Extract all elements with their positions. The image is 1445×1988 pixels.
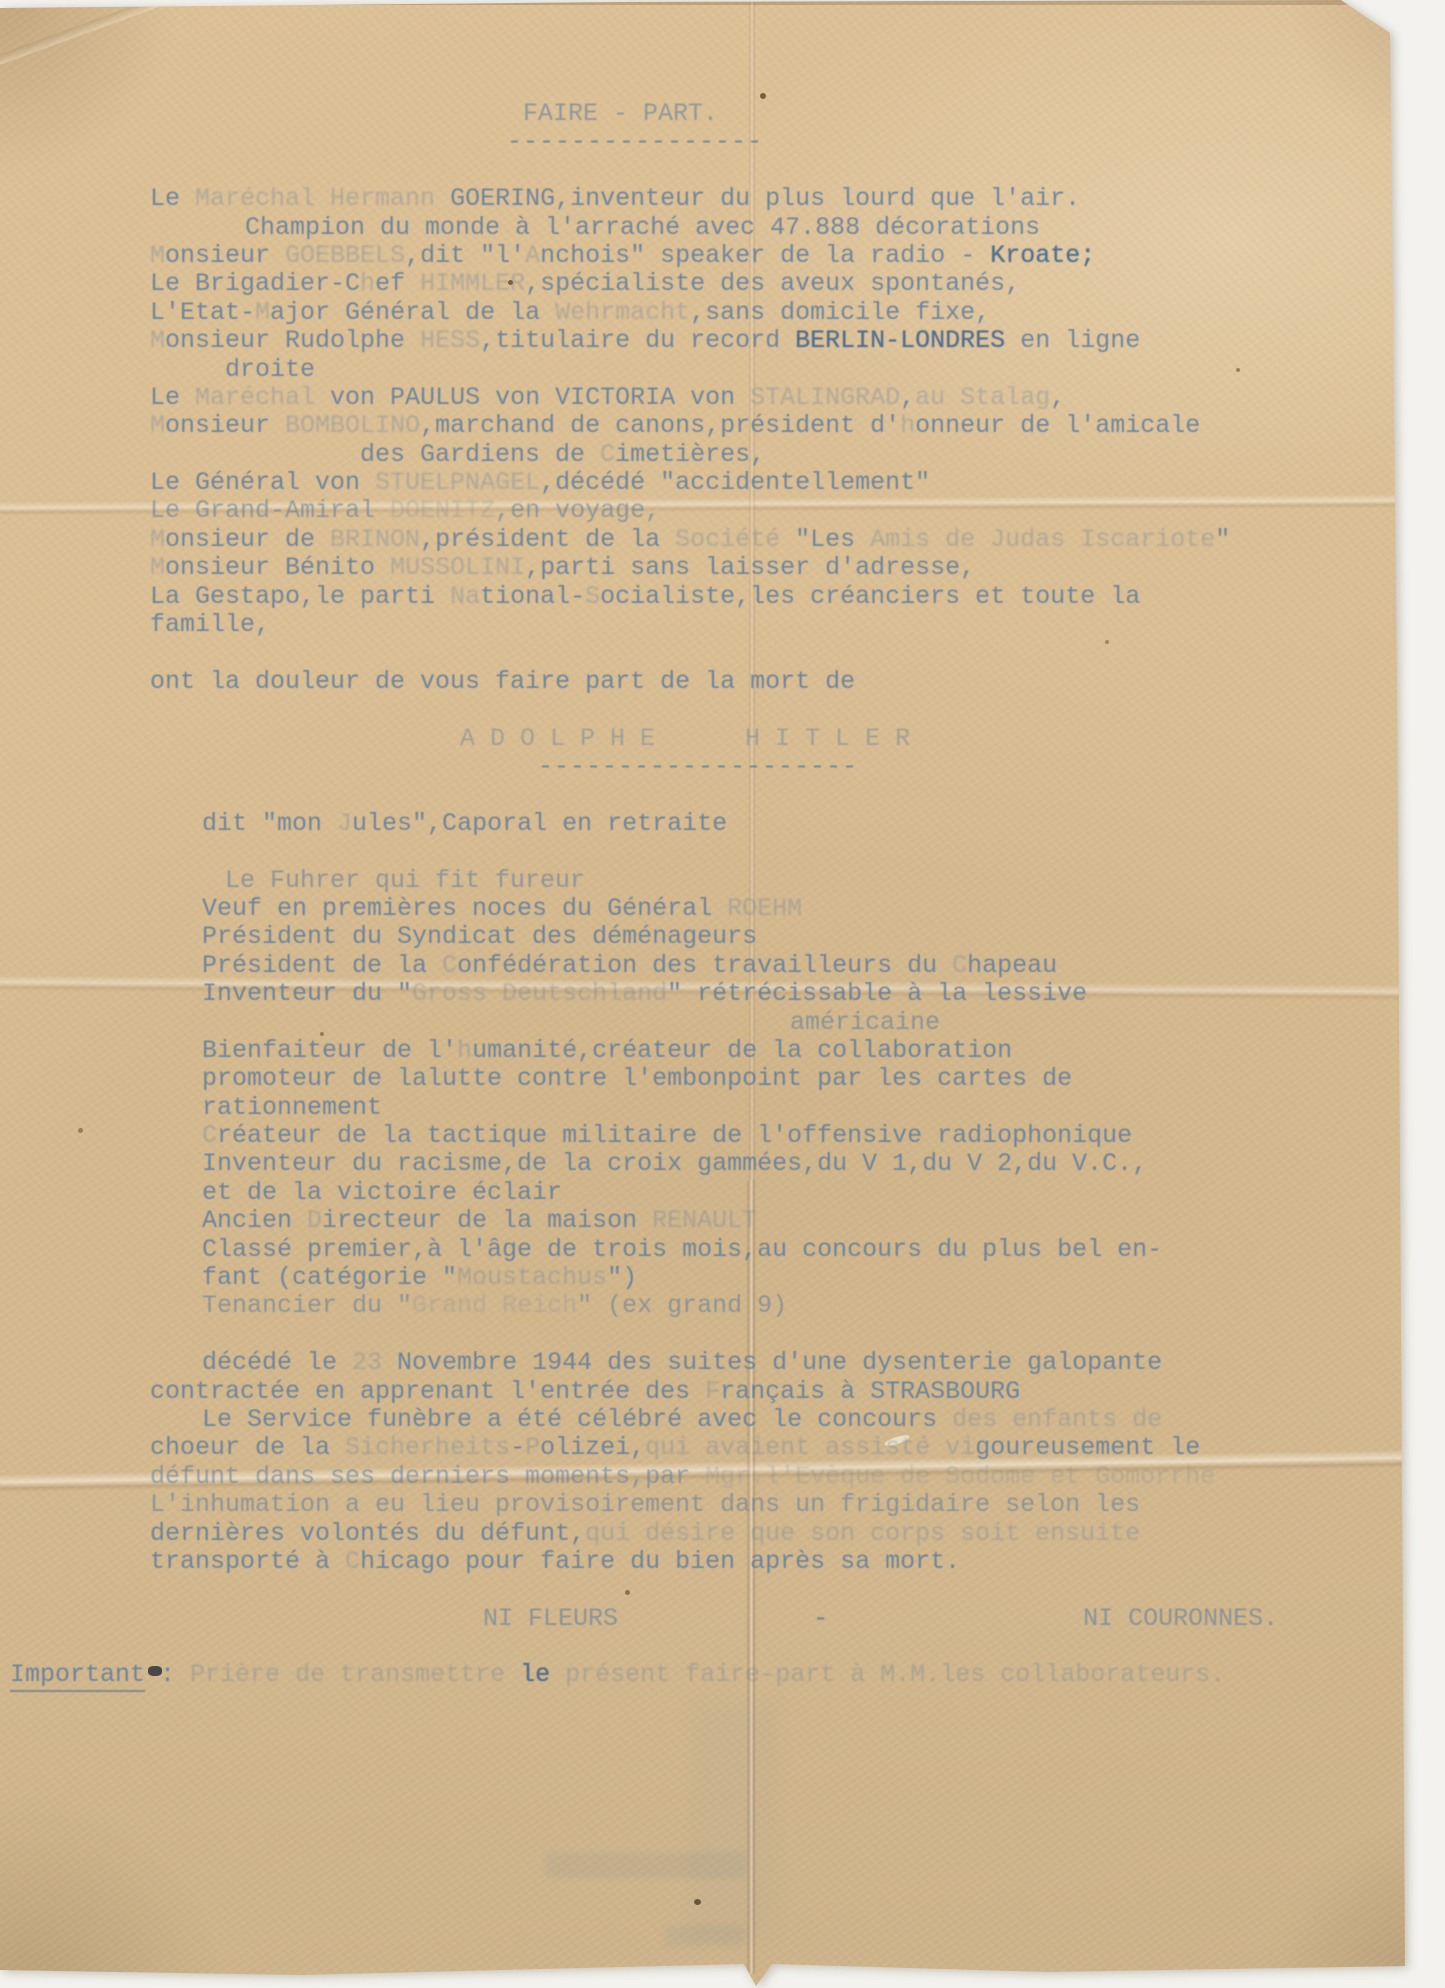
document-line: Créateur de la tactique militaire de l'o… — [202, 1122, 1445, 1150]
document-line: fant (catégorie "Moustachus") — [202, 1264, 1445, 1292]
fold-crease-corner — [0, 0, 224, 72]
document-line: Champion du monde à l'arraché avec 47.88… — [245, 214, 1445, 242]
document-line: Bienfaiteur de l'humanité,créateur de la… — [202, 1037, 1445, 1065]
faded-ink: h — [360, 269, 375, 298]
document-line: décédé le 23 Novembre 1944 des suites d'… — [202, 1349, 1445, 1377]
document-line: Veuf en premières noces du Général ROEHM — [202, 895, 1445, 923]
document-line: Inventeur du racisme,de la croix gammées… — [202, 1150, 1445, 1178]
paper-speck — [760, 93, 766, 99]
faded-ink: BRINON — [330, 525, 420, 554]
document-line: choeur de la Sicherheits-Polizei,qui ava… — [150, 1434, 1445, 1462]
faded-ink: h — [457, 1036, 472, 1065]
faded-ink: Sicherheits — [345, 1433, 510, 1462]
document-title: FAIRE - PART. — [523, 100, 1445, 128]
faded-ink: M — [150, 241, 165, 270]
paragraph-announcement: ont la douleur de vous faire part de la … — [0, 668, 1445, 696]
paper-speck — [694, 1899, 701, 1905]
faded-ink: Na — [450, 582, 480, 611]
document-line: dit "mon Jules",Caporal en retraite — [202, 810, 1445, 838]
document-line: Président du Syndicat des déménageurs — [202, 923, 1445, 951]
faded-ink: C — [345, 1547, 360, 1576]
faded-ink: D — [307, 1206, 322, 1235]
document-line: dernières volontés du défunt,qui désire … — [150, 1520, 1445, 1548]
document-line: famille, — [150, 611, 1445, 639]
faded-ink: RENAULT — [652, 1206, 757, 1235]
document-line: L'inhumation a eu lieu provisoirement da… — [150, 1491, 1445, 1519]
document-line: Le Fuhrer qui fit fureur — [225, 867, 1445, 895]
document-line: rationnement — [202, 1094, 1445, 1122]
faded-ink: présent faire-part à M.M.les collaborate… — [565, 1660, 1225, 1689]
faded-ink: Moustachus — [457, 1263, 607, 1292]
paper-sheet: FAIRE - PART. ---------------- Le Maréch… — [0, 0, 1445, 1988]
document-line: et de la victoire éclair — [202, 1179, 1445, 1207]
faded-ink: C — [600, 440, 615, 469]
faded-ink: GOEBBELS — [285, 241, 405, 270]
scanned-document-page: { "colors":{ "paper_tan":"#d9bd93", "ink… — [0, 0, 1445, 1988]
paragraph-participants: Le Maréchal Hermann GOERING,inventeur du… — [0, 185, 1445, 639]
document-line: Monsieur BOMBOLINO,marchand de canons,pr… — [150, 412, 1445, 440]
faded-ink: M — [150, 326, 165, 355]
document-line: Ancien Directeur de la maison RENAULT — [202, 1207, 1445, 1235]
document-line: Monsieur GOEBBELS,dit "l'Anchois" speake… — [150, 242, 1445, 270]
document-line: Le Maréchal Hermann GOERING,inventeur du… — [150, 185, 1445, 213]
ink-ghost-smudge — [545, 1852, 745, 1878]
document-line: droite — [225, 356, 1445, 384]
faded-ink: Maréchal Hermann — [195, 184, 435, 213]
document-line: -------------------- — [538, 753, 1445, 781]
document-line: Monsieur de BRINON,président de la Socié… — [150, 526, 1445, 554]
faded-ink: STUELPNAGEL — [375, 468, 540, 497]
ink-ghost-smudge — [690, 1700, 780, 1940]
document-line: Monsieur Bénito MUSSOLINI,parti sans lai… — [150, 554, 1445, 582]
faded-ink: h — [900, 411, 915, 440]
document-line: A D O L P H E H I T L E R — [460, 725, 1445, 753]
faded-ink: des enfants de — [952, 1405, 1162, 1434]
document-line: L'Etat-Major Général de la Wehrmacht,san… — [150, 299, 1445, 327]
faded-ink: J — [337, 809, 352, 838]
faded-ink: qui avaient assisté vi — [645, 1433, 975, 1462]
document-line: Le Service funèbre a été célébré avec le… — [202, 1406, 1445, 1434]
document-line: NI FLEURS - NI COURONNES. — [483, 1605, 1445, 1633]
faded-ink: M — [255, 298, 270, 327]
document-line: Classé premier,à l'âge de trois mois,au … — [202, 1236, 1445, 1264]
faded-ink: M — [150, 553, 165, 582]
faded-ink: C — [952, 951, 967, 980]
document-line: Inventeur du "Gross Deutschland" rétréci… — [202, 980, 1445, 1008]
document-line: Le Maréchal von PAULUS von VICTORIA von … — [150, 384, 1445, 412]
paragraph-titles-list: Le Fuhrer qui fit fureurVeuf en première… — [0, 867, 1445, 1321]
dark-ink: le — [520, 1660, 550, 1689]
faded-ink: C — [442, 951, 457, 980]
faded-ink: DOENITZ — [390, 496, 495, 525]
paper-shadow-wrap: FAIRE - PART. ---------------- Le Maréch… — [0, 0, 1445, 1988]
document-line: Tenancier du "Grand Reich" (ex grand 9) — [202, 1292, 1445, 1320]
document-line: Le Brigadier-Chef HIMMLER,spécialiste de… — [150, 270, 1445, 298]
title-underline: ---------------- — [507, 128, 1445, 156]
document-line: des Gardiens de Cimetières, — [360, 441, 1445, 469]
document-line: promoteur de lalutte contre l'embonpoint… — [202, 1065, 1445, 1093]
paragraph-alias: dit "mon Jules",Caporal en retraite — [0, 810, 1445, 838]
faded-ink: HESS — [420, 326, 480, 355]
faded-ink: MUSSOLINI — [390, 553, 525, 582]
faded-ink: BOMBOLINO — [285, 411, 420, 440]
faded-ink: ROEHM — [727, 894, 802, 923]
faded-ink: qui désire que son corps soit ensuite — [585, 1519, 1140, 1548]
faded-ink: P — [525, 1433, 540, 1462]
document-header: FAIRE - PART. ---------------- — [0, 100, 1445, 157]
faded-ink: Maréchal — [195, 383, 315, 412]
ink-ghost-smudge — [665, 1925, 745, 1947]
faded-ink: HIMMLER — [420, 269, 525, 298]
document-line: contractée en apprenant l'entrée des Fra… — [150, 1378, 1445, 1406]
dark-ink: - — [813, 1604, 828, 1633]
faded-ink: Amis de Judas Iscariote — [870, 525, 1215, 554]
faded-ink: S — [585, 582, 600, 611]
underlined-word: Important — [10, 1660, 145, 1692]
dark-ink: BERLIN-LONDRES — [795, 326, 1005, 355]
faded-ink: M — [150, 525, 165, 554]
faded-ink: Gross Deutschland — [412, 979, 667, 1008]
paragraph-footer-note: Important : Prière de transmettre le pré… — [0, 1661, 1445, 1689]
faded-ink: Grand Reich — [412, 1291, 577, 1320]
document-line: défunt dans ses derniers moments,par Mgr… — [150, 1463, 1445, 1491]
paragraph-death-details: décédé le 23 Novembre 1944 des suites d'… — [0, 1349, 1445, 1576]
document-line: américaine — [790, 1009, 1445, 1037]
document-body: Le Maréchal Hermann GOERING,inventeur du… — [0, 185, 1445, 1690]
faded-ink: Wehrmacht — [555, 298, 690, 327]
faded-ink: Mgr.l'Evèque de Sodome et Gomorrhe — [705, 1462, 1215, 1491]
document-line: La Gestapo,le parti National-Socialiste,… — [150, 583, 1445, 611]
faded-ink: 23 — [352, 1348, 382, 1377]
paragraph-deceased-name: A D O L P H E H I T L E R---------------… — [0, 725, 1445, 782]
faded-ink: Société — [675, 525, 780, 554]
document-line: Monsieur Rudolphe HESS,titulaire du reco… — [150, 327, 1445, 355]
paragraph-no-flowers: NI FLEURS - NI COURONNES. — [0, 1605, 1445, 1633]
document-line: Important : Prière de transmettre le pré… — [10, 1661, 1445, 1689]
document-line: Président de la Confédération des travai… — [202, 952, 1445, 980]
faded-ink: C — [202, 1121, 217, 1150]
faded-ink: STALINGRAD — [750, 383, 900, 412]
document-line: Le Grand-Amiral DOENITZ,en voyage, — [150, 497, 1445, 525]
document-line: transporté à Chicago pour faire du bien … — [150, 1548, 1445, 1576]
faded-ink: A — [525, 241, 540, 270]
faded-ink: Prière de transmettre — [190, 1660, 505, 1689]
typewritten-text: FAIRE - PART. ---------------- Le Maréch… — [0, 100, 1445, 1718]
paper-top-edge — [0, 0, 1395, 5]
document-line: Le Général von STUELPNAGEL,décédé "accid… — [150, 469, 1445, 497]
faded-ink: F — [705, 1377, 720, 1406]
document-line: ont la douleur de vous faire part de la … — [150, 668, 1445, 696]
dark-ink: Kroate; — [990, 241, 1095, 270]
faded-ink: M — [150, 411, 165, 440]
faded-ink: au Stalag — [915, 383, 1050, 412]
